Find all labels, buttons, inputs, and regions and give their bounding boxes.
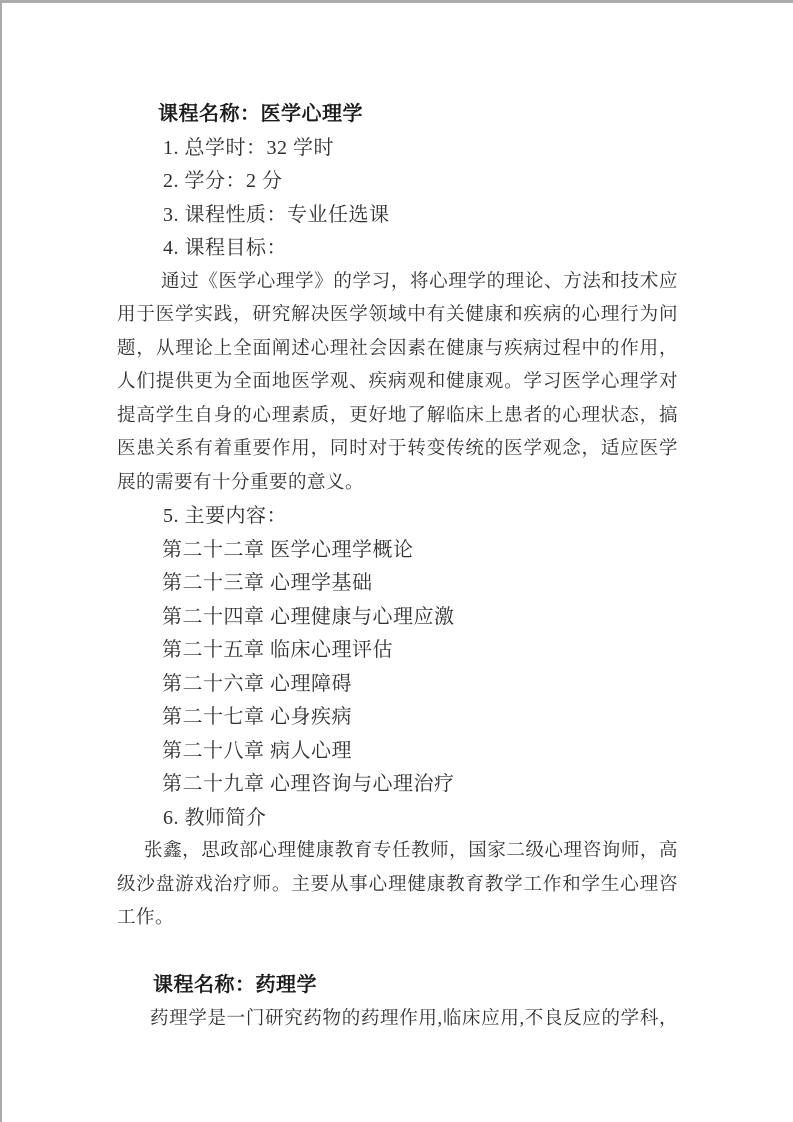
course1-title: 课程名称：医学心理学 [158, 98, 678, 132]
course2-intro-line: 药理学是一门研究药物的药理作用,临床应用,不良反应的学科， [117, 1003, 678, 1037]
chapter-item: 第二十八章 病人心理 [162, 735, 678, 769]
course2-title: 课程名称：药理学 [153, 969, 678, 1003]
course1-item-objective-heading: 4. 课程目标： [163, 232, 678, 266]
chapter-item: 第二十九章 心理咨询与心理治疗 [162, 768, 678, 802]
course1-item-total-hours: 1. 总学时：32 学时 [163, 132, 678, 166]
chapter-item: 第二十七章 心身疾病 [162, 701, 678, 735]
page-left-edge [0, 0, 2, 1122]
blank-line [117, 936, 678, 970]
chapter-item: 第二十四章 心理健康与心理应激 [162, 601, 678, 635]
course1-item-course-type: 3. 课程性质：专业任选课 [163, 199, 678, 233]
objective-paragraph-line: 提高学生自身的心理素质，更好地了解临床上患者的心理状态，搞好 [117, 400, 678, 434]
objective-paragraph-line: 展的需要有十分重要的意义。 [117, 467, 678, 501]
teacher-paragraph-line: 级沙盘游戏治疗师。主要从事心理健康教育教学工作和学生心理咨询 [117, 869, 678, 903]
course1-teacher-heading: 6. 教师简介 [163, 802, 678, 836]
document-content: 课程名称：医学心理学 1. 总学时：32 学时 2. 学分：2 分 3. 课程性… [117, 98, 678, 1036]
objective-paragraph-line: 题，从理论上全面阐述心理社会因素在健康与疾病过程中的作用，为 [117, 333, 678, 367]
teacher-paragraph-line: 工作。 [117, 902, 678, 936]
objective-paragraph-line: 人们提供更为全面地医学观、疾病观和健康观。学习医学心理学对于 [117, 366, 678, 400]
objective-paragraph-line: 医患关系有着重要作用，同时对于转变传统的医学观念，适应医学发 [117, 433, 678, 467]
course1-item-credits: 2. 学分：2 分 [163, 165, 678, 199]
document-page: 课程名称：医学心理学 1. 总学时：32 学时 2. 学分：2 分 3. 课程性… [0, 0, 793, 1122]
chapter-item: 第二十二章 医学心理学概论 [162, 534, 678, 568]
page-top-edge [0, 0, 793, 3]
objective-paragraph-line: 通过《医学心理学》的学习，将心理学的理论、方法和技术应 [117, 266, 678, 300]
chapter-item: 第二十三章 心理学基础 [162, 567, 678, 601]
chapter-item: 第二十六章 心理障碍 [162, 668, 678, 702]
teacher-paragraph-line: 张鑫，思政部心理健康教育专任教师，国家二级心理咨询师，高 [117, 835, 678, 869]
course1-content-heading: 5. 主要内容： [163, 500, 678, 534]
chapter-item: 第二十五章 临床心理评估 [162, 634, 678, 668]
objective-paragraph-line: 用于医学实践，研究解决医学领域中有关健康和疾病的心理行为问 [117, 299, 678, 333]
